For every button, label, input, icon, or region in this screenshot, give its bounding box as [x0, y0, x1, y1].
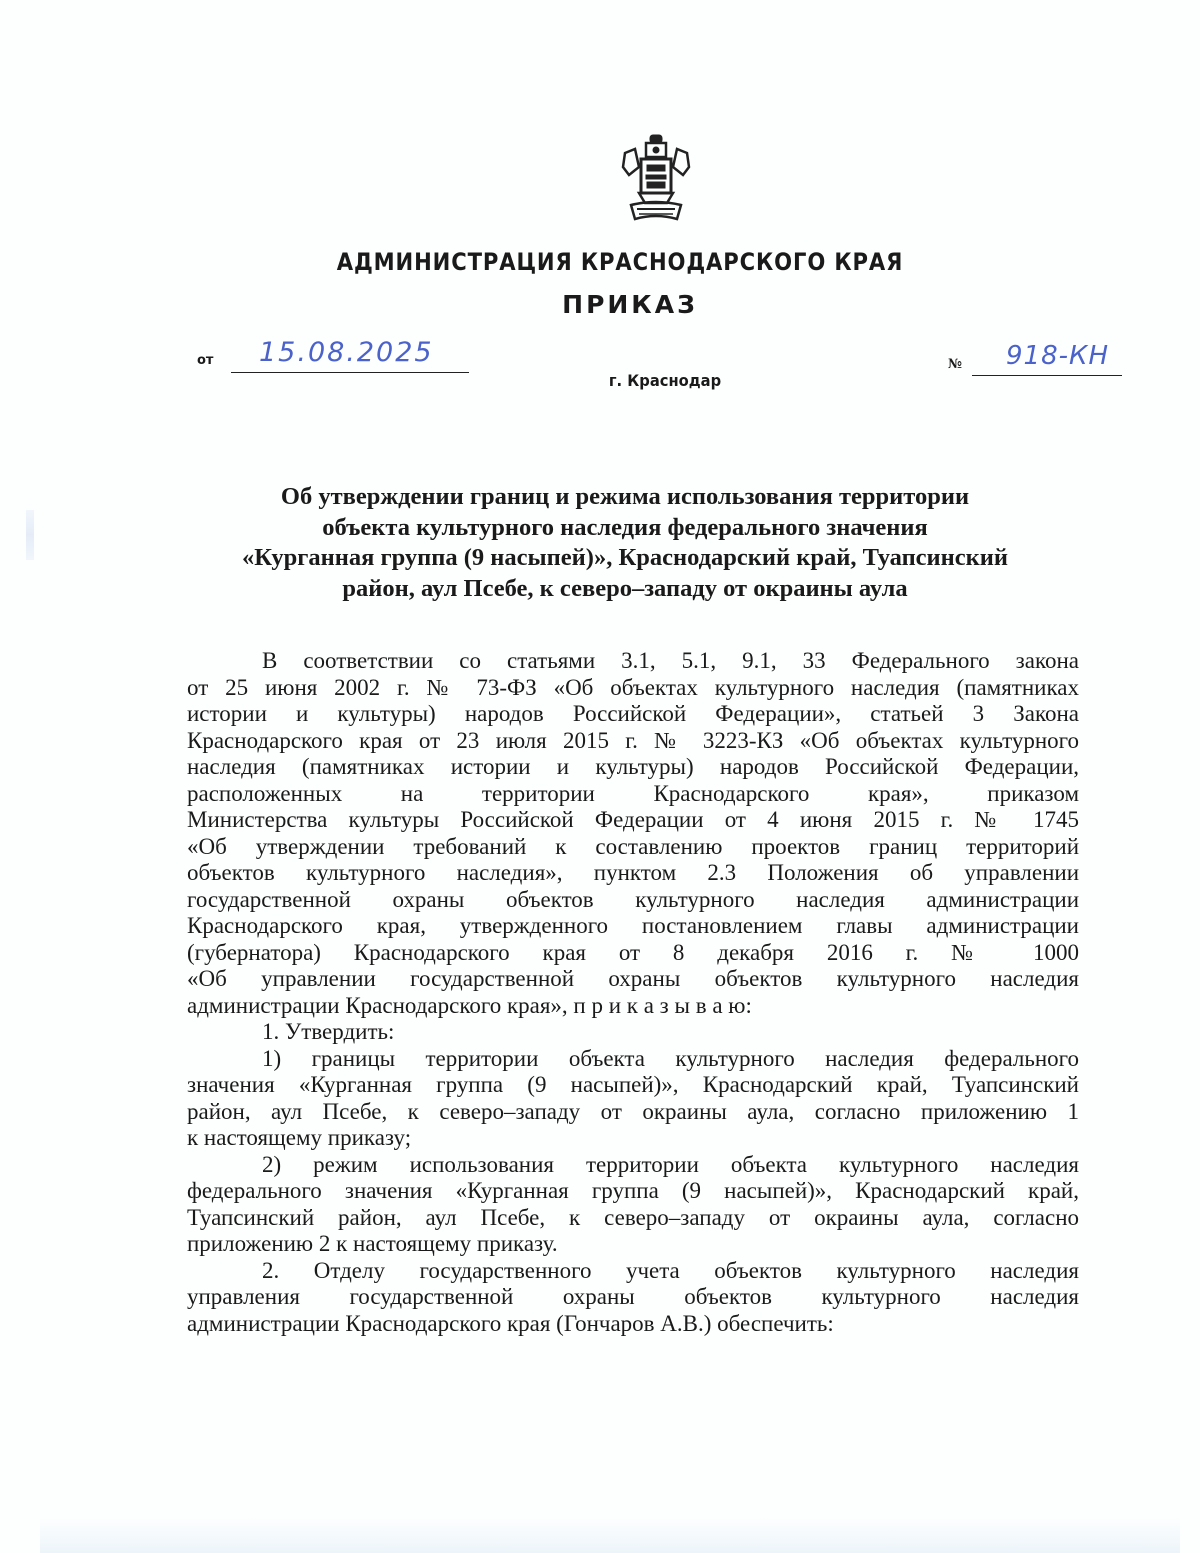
text-line: приложению 2 к настоящему приказу. — [187, 1231, 1079, 1258]
date-underline — [231, 372, 469, 373]
text-line: Краснодарского края от 23 июля 2015 г. №… — [187, 728, 1079, 755]
scan-artifact — [26, 510, 34, 560]
text-line: администрации Краснодарского края», п р … — [187, 993, 1079, 1020]
text-line: 2) режим использования территории объект… — [187, 1152, 1079, 1179]
text-line: управления государственной охраны объект… — [187, 1284, 1079, 1311]
handwritten-number: 918-КН — [1006, 341, 1109, 371]
number-underline — [972, 375, 1122, 376]
subject-line: район, аул Псебе, к северо–западу от окр… — [150, 574, 1100, 605]
text-line: «Об управлении государственной охраны об… — [187, 966, 1079, 993]
subject-line: объекта культурного наследия федеральног… — [150, 513, 1100, 544]
date-field: от 15.08.2025 — [197, 341, 477, 373]
document-subject: Об утверждении границ и режима использов… — [150, 482, 1100, 604]
text-line: район, аул Псебе, к северо–западу от окр… — [187, 1099, 1079, 1126]
text-line: от 25 июня 2002 г. № 73-ФЗ «Об объектах … — [187, 675, 1079, 702]
subject-line: «Курганная группа (9 насыпей)», Краснода… — [150, 543, 1100, 574]
text-line: к настоящему приказу; — [187, 1125, 1079, 1152]
text-line: значения «Курганная группа (9 насыпей)»,… — [187, 1072, 1079, 1099]
date-prefix: от — [197, 353, 213, 368]
text-line: государственной охраны объектов культурн… — [187, 887, 1079, 914]
text-line: «Об утверждении требований к составлению… — [187, 834, 1079, 861]
text-line: федерального значения «Курганная группа … — [187, 1178, 1079, 1205]
item-1-heading: 1. Утвердить: — [187, 1019, 1079, 1046]
text-line: 2. Отделу государственного учета объекто… — [187, 1258, 1079, 1285]
handwritten-date: 15.08.2025 — [259, 337, 434, 368]
city-label: г. Краснодар — [587, 371, 743, 390]
text-line: (губернатора) Краснодарского края от 8 д… — [187, 940, 1079, 967]
text-line: наследия (памятниках истории и культуры)… — [187, 754, 1079, 781]
scan-artifact-bottom — [40, 1518, 1180, 1553]
text-line: В соответствии со статьями 3.1, 5.1, 9.1… — [187, 648, 1079, 675]
text-line: Краснодарского края, утвержденного поста… — [187, 913, 1079, 940]
organization-title: АДМИНИСТРАЦИЯ КРАСНОДАРСКОГО КРАЯ — [233, 248, 1007, 276]
subject-line: Об утверждении границ и режима использов… — [150, 482, 1100, 513]
item-1-1-paragraph: 1) границы территории объекта культурног… — [187, 1046, 1079, 1152]
document-type: ПРИКАЗ — [380, 290, 880, 319]
text-line: расположенных на территории Краснодарско… — [187, 781, 1079, 808]
text-line: Туапсинский район, аул Псебе, к северо–з… — [187, 1205, 1079, 1232]
text-line: истории и культуры) народов Российской Ф… — [187, 701, 1079, 728]
text-line: 1) границы территории объекта культурног… — [187, 1046, 1079, 1073]
document-body: В соответствии со статьями 3.1, 5.1, 9.1… — [187, 648, 1079, 1337]
coat-of-arms-icon — [617, 133, 695, 223]
item-2-paragraph: 2. Отделу государственного учета объекто… — [187, 1258, 1079, 1338]
item-1-2-paragraph: 2) режим использования территории объект… — [187, 1152, 1079, 1258]
number-field: № 918-КН — [948, 345, 1138, 377]
text-line: Министерства культуры Российской Федерац… — [187, 807, 1079, 834]
preamble-paragraph: В соответствии со статьями 3.1, 5.1, 9.1… — [187, 648, 1079, 1019]
text-line: администрации Краснодарского края (Гонча… — [187, 1311, 1079, 1338]
text-line: объектов культурного наследия», пунктом … — [187, 860, 1079, 887]
item-1-heading-paragraph: 1. Утвердить: — [187, 1019, 1079, 1046]
number-sign: № — [948, 357, 962, 372]
